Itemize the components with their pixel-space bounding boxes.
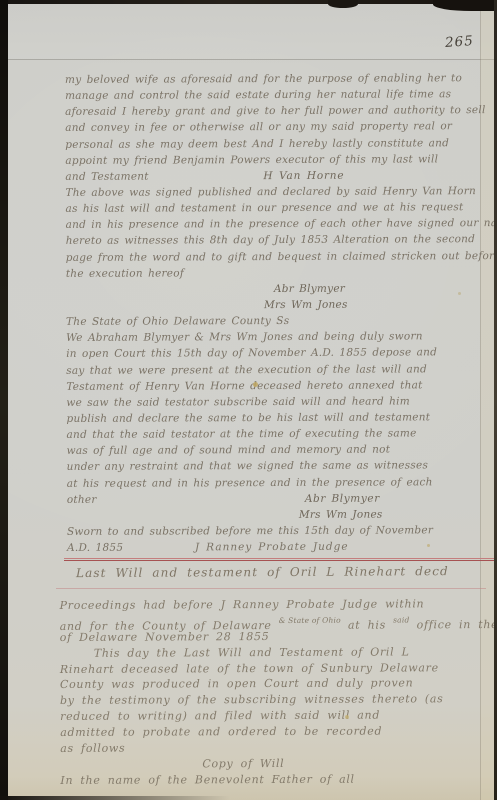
handwritten-line: say that we were present at the executio… [66,361,492,379]
handwritten-line: Proceedings had before J Ranney Probate … [60,596,492,614]
scan-edge-top [0,0,497,4]
handwritten-line: of Delaware November 28 1855 [60,628,492,646]
handwritten-line: the execution hereof [66,264,492,282]
handwritten-line: This day the Last Will and Testament of … [60,644,492,662]
handwritten-line: We Abraham Blymyer & Mrs Wm Jones and be… [66,328,492,346]
rinehart-probate-proceedings-text: Proceedings had before J Ranney Probate … [60,596,493,789]
signature-mrs-wm-jones: Mrs Wm Jones [66,296,492,314]
foxing-spot [253,382,258,387]
handwritten-line: and convey in fee or otherwise all or an… [65,118,491,136]
handwritten-line: reduced to writing) and filed with said … [60,707,492,725]
signature-h-van-horne: H Van Horne [263,168,344,185]
handwritten-text: This day the Last Will and Testament of … [94,645,410,659]
handwritten-line: hereto as witnesses this 8th day of July… [66,231,492,249]
scan-edge-artifact [328,0,358,8]
handwritten-line: by the testimony of the subscribing witn… [60,691,492,709]
section-divider-rule [64,558,497,561]
handwritten-line: aforesaid I hereby grant and give to her… [65,102,491,120]
handwritten-text: Copy of Will [202,757,284,770]
handwritten-text: Abr Blymyer [274,283,345,295]
handwritten-line: in open Court this 15th day of November … [66,344,492,362]
handwritten-line: page from the word and to gift and beque… [66,248,492,266]
heading-underline-rule [56,588,486,589]
paper-crease [8,59,497,60]
handwritten-text: Mrs Wm Jones [299,508,383,520]
handwritten-line: Testament of Henry Van Horne deceased he… [66,377,492,395]
handwritten-line: The State of Ohio Delaware County Ss [66,312,492,330]
handwritten-line: The above was signed published and decla… [65,183,491,201]
handwritten-line: publish and declare the same to be his l… [66,409,492,427]
handwritten-line: was of full age and of sound mind and me… [67,441,493,459]
scan-edge-left [0,0,8,800]
foxing-spot [345,715,349,719]
handwritten-line: and TestamentH Van Horne [65,167,491,185]
rinehart-will-heading: Last Will and testament of Oril L Rineha… [76,564,486,580]
handwritten-line: otherAbr Blymyer [67,490,493,508]
handwritten-line: County was produced in open Court and du… [60,676,492,694]
handwritten-line: and in his presence and in the presence … [66,215,492,233]
handwritten-line: at his request and in his presence and i… [67,474,493,492]
handwritten-line: appoint my friend Benjamin Powers execut… [65,151,491,169]
signature-abr-blymyer: Abr Blymyer [66,280,492,298]
handwritten-text: A.D. 1855 [67,542,123,554]
handwritten-line: Rinehart deceased late of the town of Su… [60,660,492,678]
handwritten-line: as his last will and testament in our pr… [66,199,492,217]
paper-top-band [8,4,497,59]
handwritten-line: Sworn to and subscribed before me this 1… [67,522,493,540]
signature-mrs-wm-jones: Mrs Wm Jones [67,506,493,524]
handwritten-line: and that the said testator at the time o… [66,425,492,443]
handwritten-line: A.D. 1855J Ranney Probate Judge [67,538,493,556]
handwritten-line: manage and control the said estate durin… [65,86,491,104]
handwritten-line: admitted to probate and ordered to be re… [60,723,492,741]
handwritten-line: and for the County of Delaware & State o… [60,612,492,630]
handwritten-line: we saw the said testator subscribe said … [66,393,492,411]
page-number: 265 [444,33,474,51]
signature-j-ranney-probate-judge: J Ranney Probate Judge [195,539,349,556]
foxing-spot [458,292,461,295]
scanned-probate-record-page: 265 my beloved wife as aforesaid and for… [0,0,497,800]
scan-edge-bottom [0,796,230,800]
handwritten-text: and Testament [65,170,148,182]
inserted-text: & State of Ohio [279,616,341,625]
handwritten-text: Mrs Wm Jones [264,299,348,311]
handwritten-line: under any restraint and that we signed t… [67,457,493,475]
signature-abr-blymyer: Abr Blymyer [305,490,380,506]
handwritten-line: In the name of the Benevolent Father of … [60,771,492,789]
van-horn-will-conclusion-and-probate-text: my beloved wife as aforesaid and for the… [65,70,493,556]
inserted-text: said [393,615,409,624]
handwritten-line: personal as she may deem best And I here… [65,135,491,153]
foxing-spot [427,544,430,547]
copy-of-will-subheading: Copy of Will [60,755,492,773]
handwritten-text: other [67,493,97,505]
handwritten-line: as follows [60,739,492,757]
handwritten-line: my beloved wife as aforesaid and for the… [65,70,491,88]
